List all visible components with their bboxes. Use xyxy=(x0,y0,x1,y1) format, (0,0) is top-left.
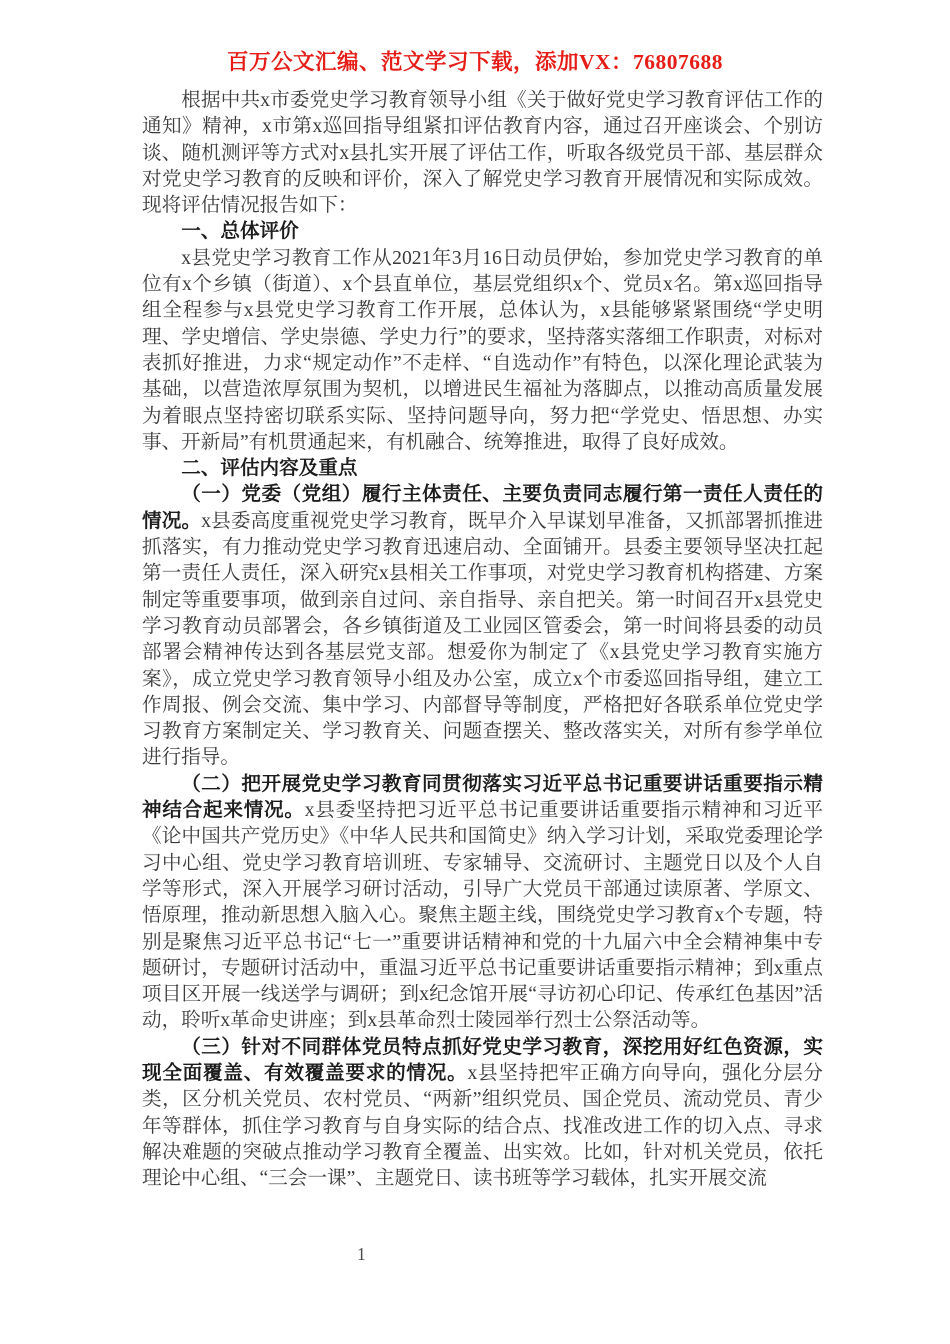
body-paragraph: （一）党委（党组）履行主体责任、主要负责同志履行第一责任人责任的情况。x县委高度… xyxy=(142,482,823,771)
page-number: 1 xyxy=(357,1244,366,1265)
document-page: 百万公文汇编、范文学习下载，添加VX：76807688 根据中共x市委党史学习教… xyxy=(0,0,950,1344)
paragraph-text: 二、评估内容及重点 xyxy=(181,458,357,479)
promo-header: 百万公文汇编、范文学习下载，添加VX：76807688 xyxy=(0,45,950,76)
section-heading: 二、评估内容及重点 xyxy=(142,456,823,482)
section-heading: 一、总体评价 xyxy=(142,219,823,245)
paragraph-text: x县党史学习教育工作从2021年3月16日动员伊始，参加党史学习教育的单位有x个… xyxy=(142,248,823,453)
paragraph-text: 根据中共x市委党史学习教育领导小组《关于做好党史学习教育评估工作的通知》精神，x… xyxy=(142,90,823,216)
body-paragraph: （三）针对不同群体党员特点抓好党史学习教育，深挖用好红色资源，实现全面覆盖、有效… xyxy=(142,1035,823,1193)
promo-header-text: 百万公文汇编、范文学习下载，添加VX：76807688 xyxy=(227,50,723,74)
paragraph-text: x县委坚持把习近平总书记重要讲话重要指示精神和习近平《论中国共产党历史》《中华人… xyxy=(142,800,823,1031)
paragraph-text: x县委高度重视党史学习教育，既早介入早谋划早准备，又抓部署抓推进抓落实，有力推动… xyxy=(142,511,823,769)
document-body: 根据中共x市委党史学习教育领导小组《关于做好党史学习教育评估工作的通知》精神，x… xyxy=(142,88,823,1192)
body-paragraph: （二）把开展党史学习教育同贯彻落实习近平总书记重要讲话重要指示精神结合起来情况。… xyxy=(142,772,823,1035)
body-paragraph: x县党史学习教育工作从2021年3月16日动员伊始，参加党史学习教育的单位有x个… xyxy=(142,246,823,456)
page-footer: 1 xyxy=(0,1244,950,1274)
body-paragraph: 根据中共x市委党史学习教育领导小组《关于做好党史学习教育评估工作的通知》精神，x… xyxy=(142,88,823,219)
paragraph-text: 一、总体评价 xyxy=(181,221,299,242)
